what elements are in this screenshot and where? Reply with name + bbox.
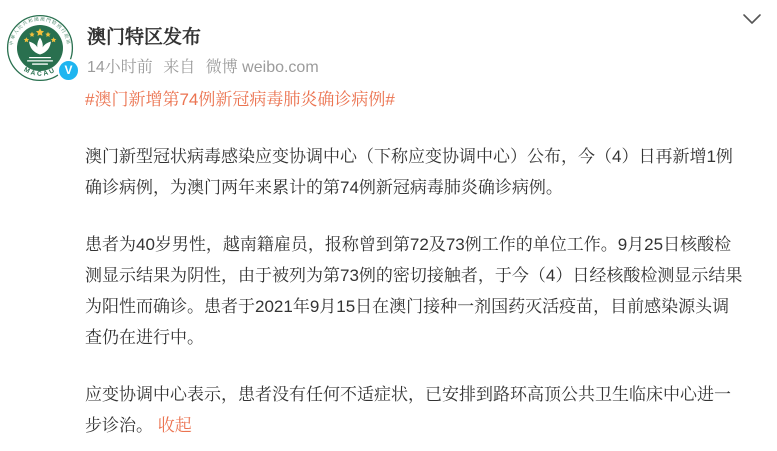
hashtag-link[interactable]: #澳门新增第74例新冠病毒肺炎确诊病例# [85, 90, 395, 109]
chevron-down-icon [742, 13, 762, 25]
post-meta: 14小时前 来自 微博 weibo.com [87, 59, 325, 77]
collapse-link[interactable]: 收起 [158, 416, 192, 435]
hashtag-line: #澳门新增第74例新冠病毒肺炎确诊病例# [85, 84, 745, 115]
more-options-button[interactable] [740, 10, 764, 30]
verified-badge-letter: V [64, 63, 72, 77]
post-paragraph: 患者为40岁男性，越南籍雇员，报称曾到第72及73例工作的单位工作。9月25日核… [85, 229, 745, 353]
avatar[interactable]: 中華人民共和國澳門特別行政區 MACAU [6, 14, 74, 82]
weibo-post: 中華人民共和國澳門特別行政區 MACAU [0, 0, 777, 451]
source-link[interactable]: 微博 weibo.com [206, 59, 319, 76]
source-label: 来自 [163, 59, 195, 76]
post-paragraph: 澳门新型冠状病毒感染应变协调中心（下称应变协调中心）公布，今（4）日再新增1例确… [85, 141, 745, 203]
author-name[interactable]: 澳门特区发布 [87, 26, 325, 50]
verified-badge-icon: V [57, 59, 80, 82]
post-paragraph: 应变协调中心表示，患者没有任何不适症状，已安排到路环高顶公共卫生临床中心进一步诊… [85, 379, 745, 441]
post-header: 澳门特区发布 14小时前 来自 微博 weibo.com [87, 26, 325, 77]
post-content: #澳门新增第74例新冠病毒肺炎确诊病例# 澳门新型冠状病毒感染应变协调中心（下称… [85, 84, 745, 441]
post-time[interactable]: 14小时前 [87, 59, 153, 76]
